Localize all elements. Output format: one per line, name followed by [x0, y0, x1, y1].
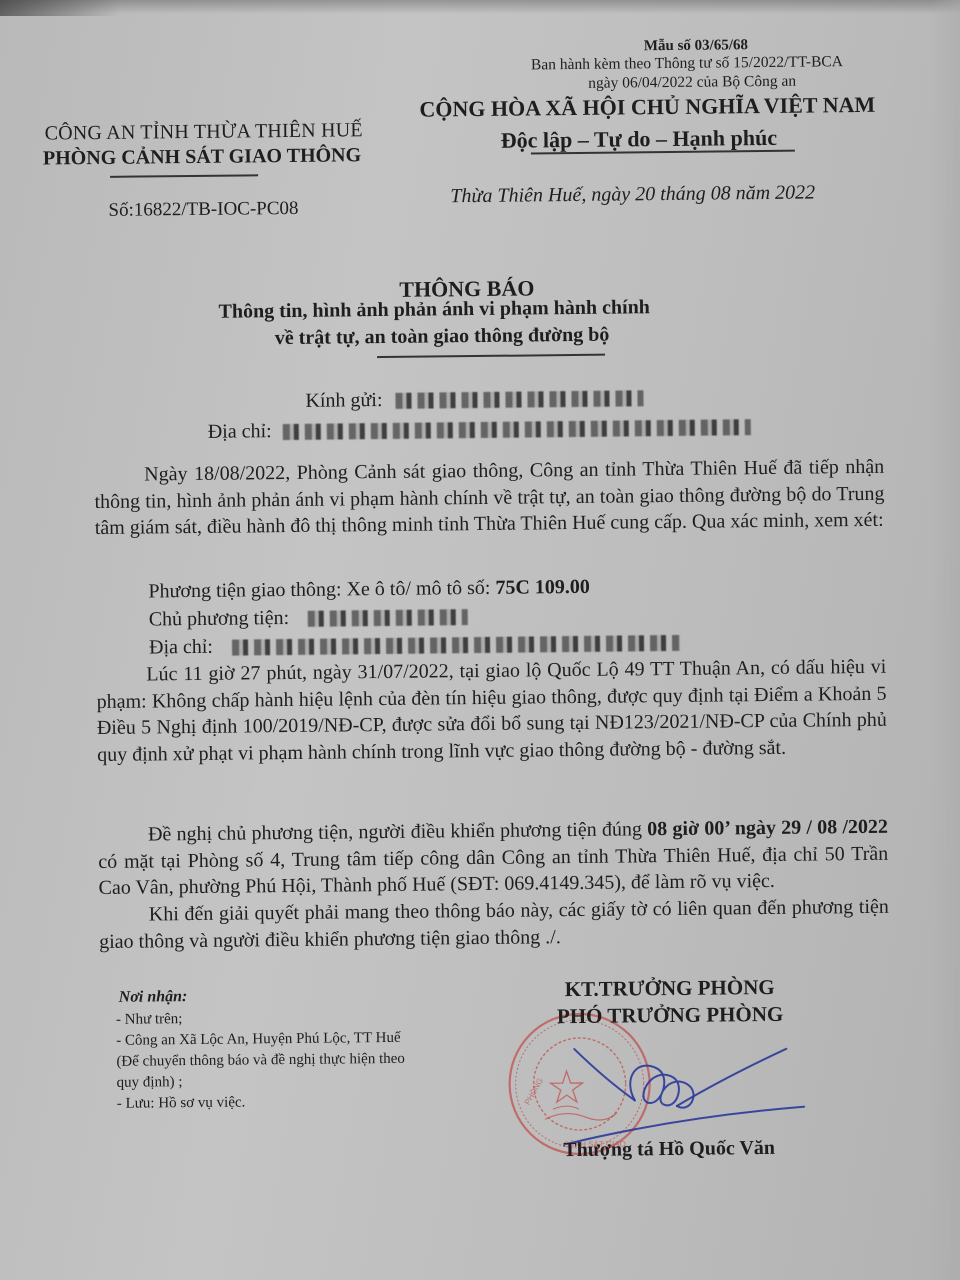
form-number: Mẫu số 03/65/68	[644, 37, 748, 55]
body-paragraph-3: Đề nghị chủ phương tiện, người điều khiể…	[98, 814, 889, 902]
redacted-owner-name	[308, 609, 468, 627]
addressee-address-label: Địa chỉ:	[208, 420, 272, 444]
signature-title-line-2: PHÓ TRƯỞNG PHÒNG	[557, 1002, 784, 1029]
signature-title-line-1: KT.TRƯỞNG PHÒNG	[565, 975, 775, 1002]
vehicle-label: Phương tiện giao thông: Xe ô tô/ mô tô s…	[148, 577, 490, 603]
redacted-addressee-name	[395, 390, 643, 409]
document-subtitle-line-1: Thông tin, hình ảnh phản ánh vi phạm hàn…	[218, 296, 650, 324]
svg-text:PHÒNG: PHÒNG	[523, 1077, 545, 1107]
recipient-item: (Để chuyển thông báo và đề nghị thực hiệ…	[116, 1051, 405, 1071]
vehicle-plate: 75C 109.00	[495, 576, 590, 599]
form-reference-line-1: Ban hành kèm theo Thông tư số 15/2022/TT…	[531, 53, 843, 74]
agency-underline	[110, 174, 258, 177]
vehicle-line: Phương tiện giao thông: Xe ô tô/ mô tô s…	[148, 576, 590, 604]
recipient-item: quy định) ;	[117, 1074, 183, 1092]
redacted-owner-address	[232, 635, 680, 656]
recipient-item: - Công an Xã Lộc An, Huyện Phú Lộc, TT H…	[116, 1030, 401, 1050]
body-paragraph-2: Lúc 11 giờ 27 phút, ngày 31/07/2022, tại…	[96, 654, 887, 769]
recipients-heading: Nơi nhận:	[119, 988, 188, 1007]
owner-address-label: Địa chỉ:	[149, 636, 213, 660]
redacted-addressee-address	[283, 419, 751, 440]
document-subtitle-line-2: về trật tự, an toàn giao thông đường bộ	[275, 324, 610, 351]
issuing-agency: PHÒNG CẢNH SÁT GIAO THÔNG	[43, 144, 361, 170]
title-underline	[377, 354, 605, 358]
signer-name: Thượng tá Hồ Quốc Văn	[563, 1137, 775, 1162]
form-reference-line-2: ngày 06/04/2022 của Bộ Công an	[588, 73, 796, 93]
appointment-datetime: 08 giờ 00’ ngày 29 / 08 /2022	[647, 816, 888, 841]
blue-handwritten-signature-icon	[564, 1037, 805, 1150]
document-number: Số:16822/TB-IOC-PC08	[108, 198, 298, 222]
parent-agency: CÔNG AN TỈNH THỪA THIÊN HUẾ	[45, 119, 363, 145]
document-page: Mẫu số 03/65/68 Ban hành kèm theo Thông …	[0, 0, 960, 1280]
recipient-item: - Như trên;	[116, 1011, 183, 1029]
owner-label: Chủ phương tiện:	[149, 607, 290, 631]
para3-details: có mặt tại Phòng số 4, Trung tâm tiếp cô…	[98, 842, 888, 899]
place-and-date: Thừa Thiên Huế, ngày 20 tháng 08 năm 202…	[450, 181, 815, 208]
body-paragraph-4: Khi đến giải quyết phải mang theo thông …	[99, 894, 890, 955]
nation-name: CỘNG HÒA XÃ HỘI CHỦ NGHĨA VIỆT NAM	[419, 92, 875, 123]
addressee-label: Kính gửi:	[305, 389, 382, 413]
recipient-item: - Lưu: Hồ sơ vụ việc.	[117, 1094, 246, 1112]
body-paragraph-1: Ngày 18/08/2022, Phòng Cảnh sát giao thô…	[94, 454, 885, 542]
para3-intro: Đề nghị chủ phương tiện, người điều khiể…	[148, 818, 642, 845]
